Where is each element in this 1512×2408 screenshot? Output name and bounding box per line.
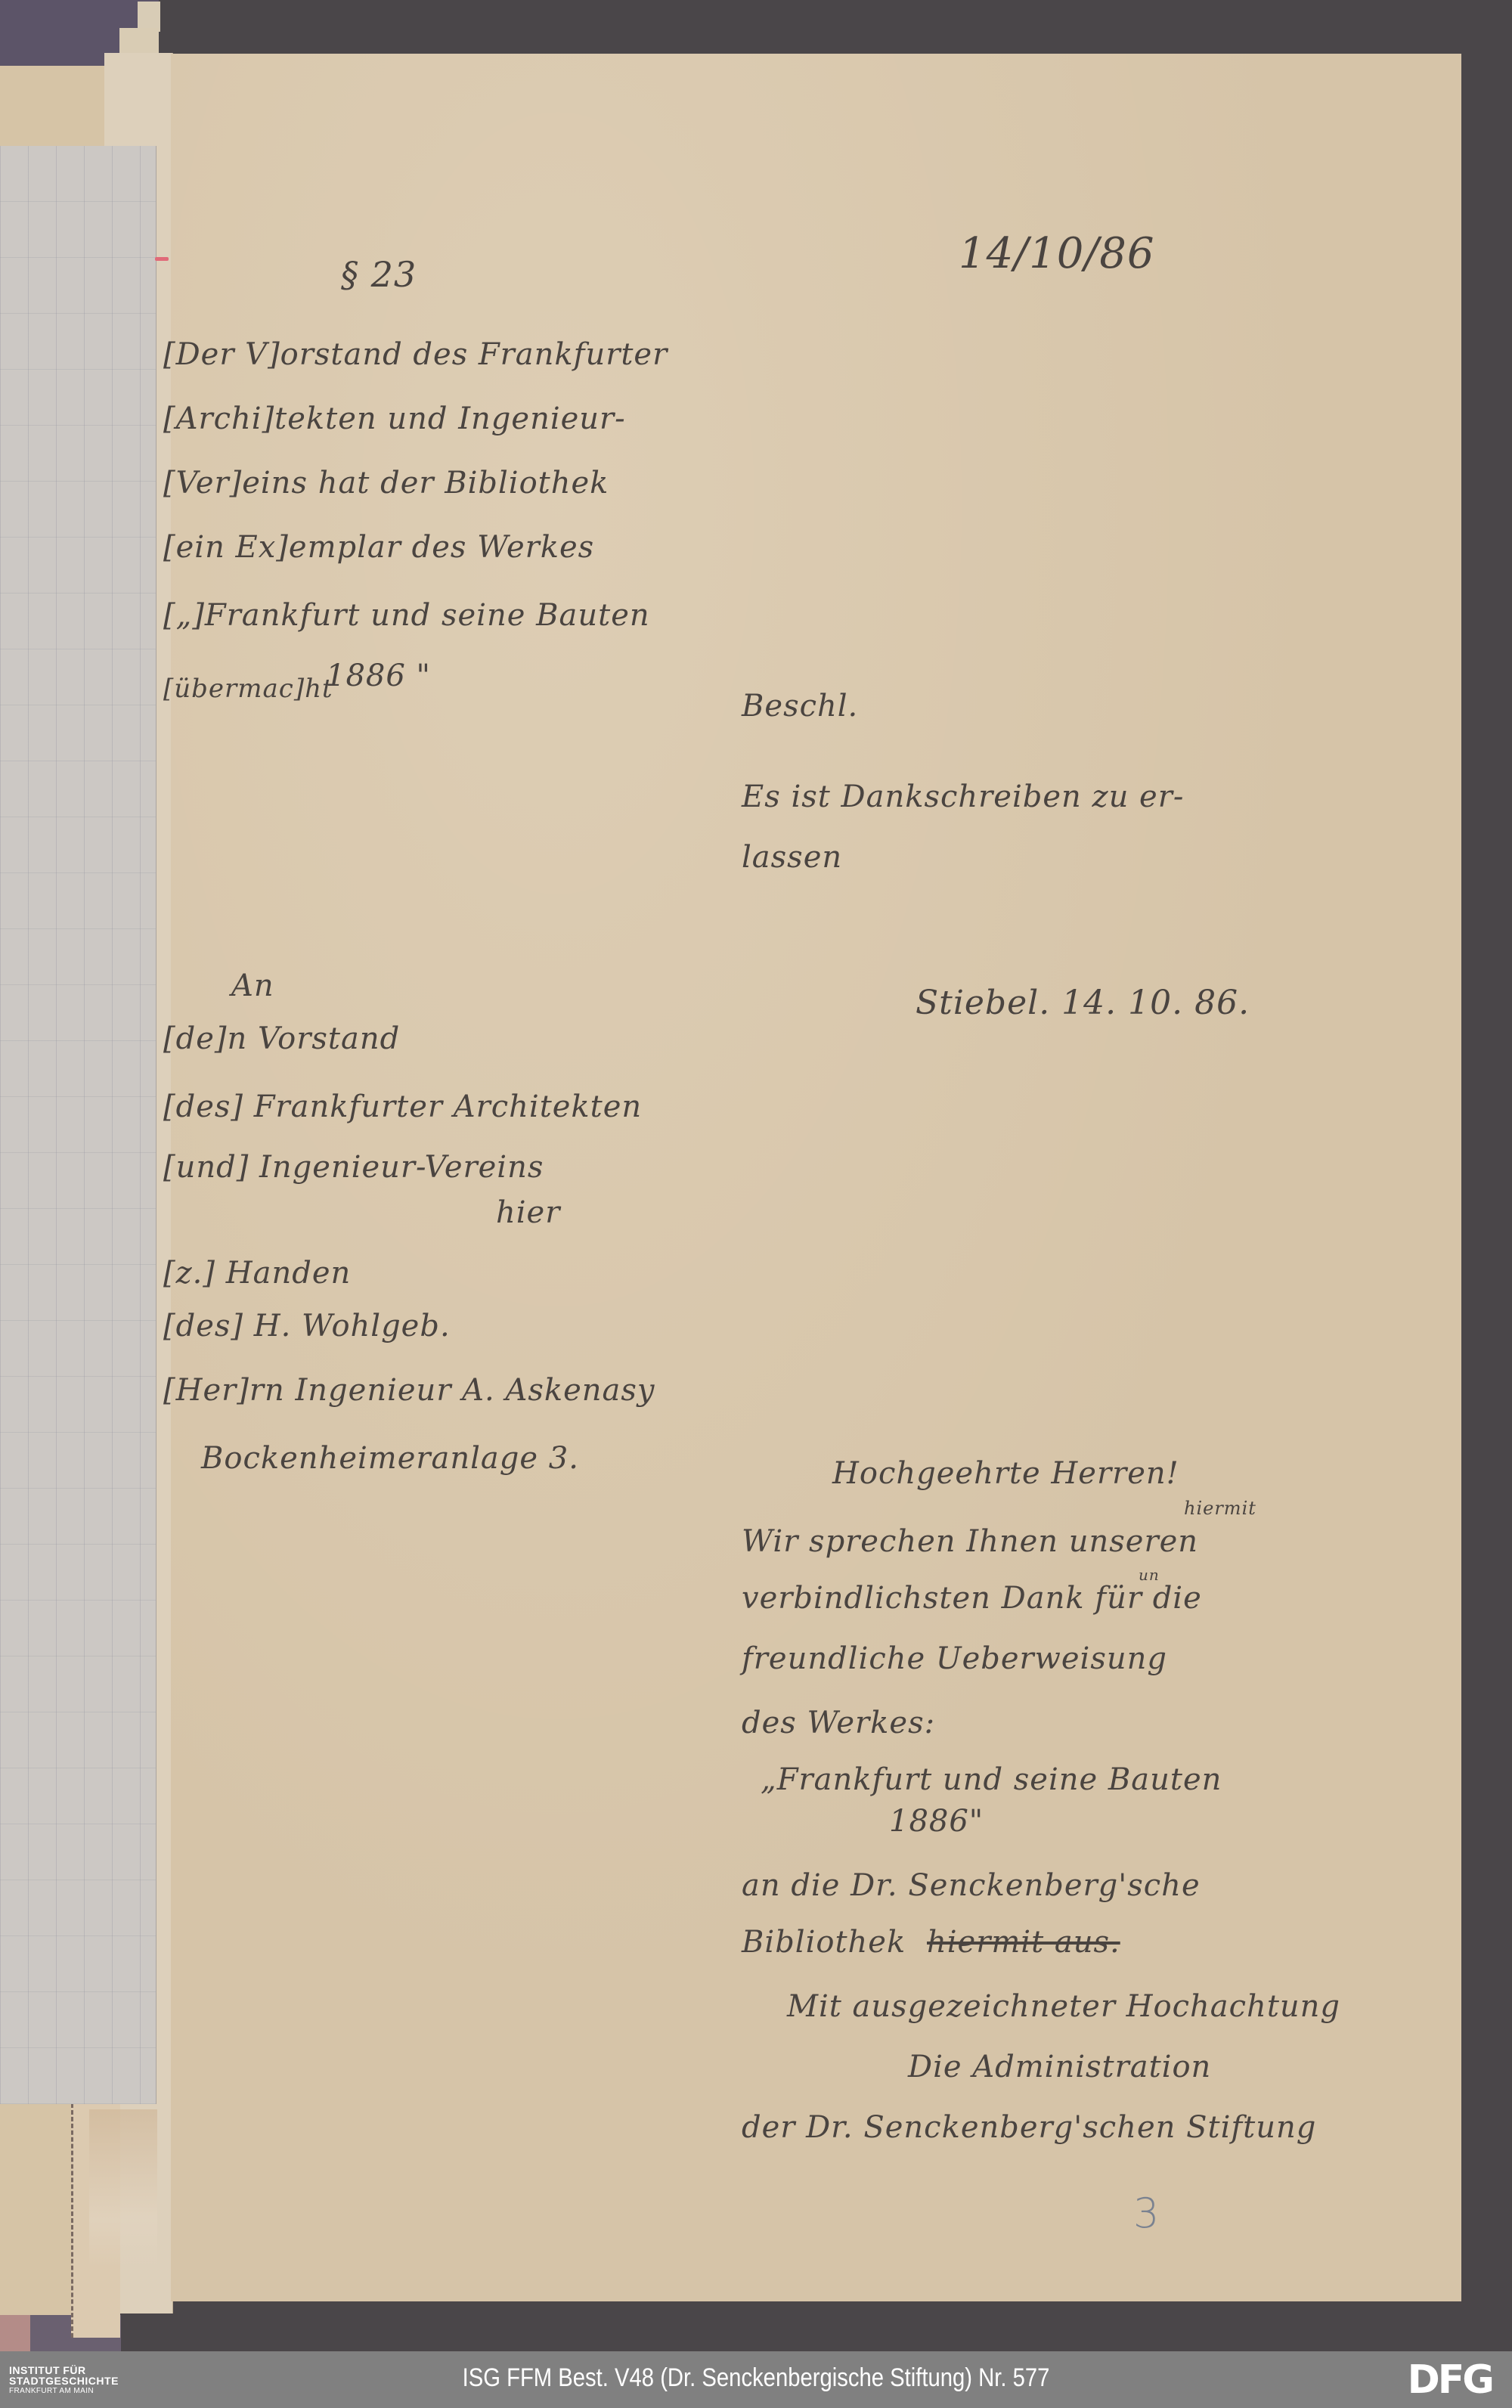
paper-tab (138, 2, 160, 32)
letter-salutation: Hochgeehrte Herren! (832, 1456, 1179, 1491)
entry-line: [ein Ex]emplar des Werkes (163, 530, 594, 565)
address-line: An (231, 968, 274, 1003)
letter-line: 1886" (889, 1804, 984, 1839)
address-line: Bockenheimeranlage 3. (201, 1441, 579, 1476)
pencil-page-number: 3 (1133, 2190, 1159, 2237)
letter-line: freundliche Ueberweisung (742, 1641, 1167, 1676)
letter-closing: der Dr. Senckenberg'schen Stiftung (742, 2110, 1316, 2145)
address-line: hier (496, 1195, 560, 1230)
address-line: [des] Frankfurter Architekten (163, 1089, 642, 1124)
paragraph-number: § 23 (341, 254, 417, 295)
letter-line: „Frankfurt und seine Bauten (761, 1762, 1222, 1797)
address-line: [de]n Vorstand (163, 1021, 400, 1056)
paper-tab (119, 28, 159, 54)
resolution-label: Beschl. (742, 689, 858, 724)
pink-sheet-edge (0, 2315, 30, 2351)
letter-line: an die Dr. Senckenberg'sche (742, 1868, 1201, 1903)
dfg-logo: DFG (1408, 2359, 1492, 2401)
address-line: [z.] Handen (163, 1256, 351, 1291)
letter-closing: Die Administration (908, 2050, 1211, 2084)
letter-insertion: hiermit (1184, 1498, 1256, 1519)
letter-line: Bibliothek (742, 1925, 906, 1960)
entry-line: 1886 " (326, 659, 431, 693)
letter-line: Wir sprechen Ihnen unseren (742, 1524, 1198, 1559)
archive-footer: INSTITUT FÜR STADTGESCHICHTE FRANKFURT A… (0, 2351, 1512, 2408)
entry-line: [„]Frankfurt und seine Bauten (163, 598, 650, 633)
address-line: [Her]rn Ingenieur A. Askenasy (163, 1373, 655, 1408)
grid-paper-sheet (0, 146, 156, 2104)
resolution-line: lassen (742, 840, 842, 875)
entry-line: [Ver]eins hat der Bibliothek (163, 466, 609, 501)
entry-line: [Der V]orstand des Frankfurter (163, 337, 668, 372)
address-line: [und] Ingenieur-Vereins (163, 1150, 544, 1185)
red-margin-mark (155, 257, 169, 261)
archive-caption: ISG FFM Best. V48 (Dr. Senckenbergische … (106, 2363, 1406, 2393)
document-date: 14/10/86 (959, 229, 1155, 278)
letter-line: des Werkes: (742, 1706, 935, 1740)
struck-word: hiermit aus. (927, 1925, 1120, 1960)
institute-logo-line: INSTITUT FÜR (9, 2365, 119, 2375)
institute-logo-line: FRANKFURT AM MAIN (9, 2386, 119, 2397)
letter-closing: Mit ausgezeichneter Hochachtung (787, 1989, 1340, 2024)
entry-line: [übermac]ht (163, 674, 333, 704)
entry-line: [Archi]tekten und Ingenieur- (163, 401, 626, 436)
water-stain (89, 2109, 157, 2268)
institute-logo-line: STADTGESCHICHTE (9, 2375, 119, 2386)
address-line: [des] H. Wohlgeb. (163, 1309, 451, 1343)
resolution-line: Es ist Dankschreiben zu er- (742, 779, 1184, 814)
institute-logo: INSTITUT FÜR STADTGESCHICHTE FRANKFURT A… (9, 2365, 119, 2397)
letter-line: verbindlichsten Dank für die (742, 1581, 1202, 1616)
manuscript-page: § 23 14/10/86 [Der V]orstand des Frankfu… (171, 54, 1461, 2301)
resolution-signature: Stiebel. 14. 10. 86. (916, 984, 1250, 1022)
